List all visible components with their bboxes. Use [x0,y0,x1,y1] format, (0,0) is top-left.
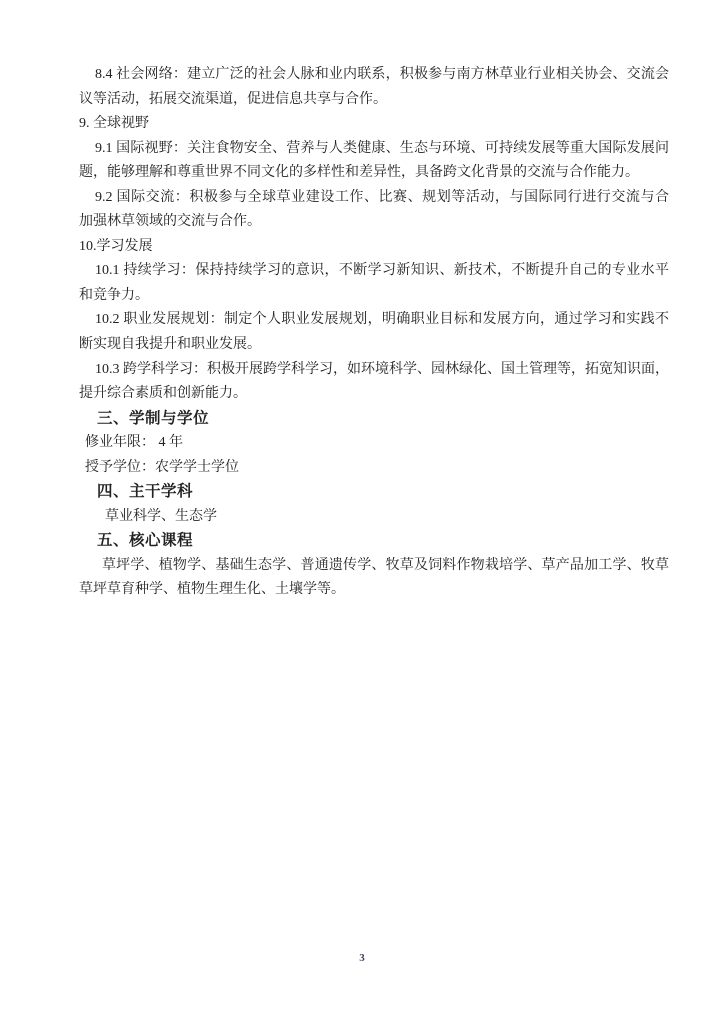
para-10-2-career-planning-line-2: 断实现自我提升和职业发展。 [79,333,669,358]
para-10-1-continuous-learning-line-1: 10.1 持续学习：保持持续学习的意识，不断学习新知识、新技术，不断提升自己的专… [79,259,669,284]
para-9-1-international-vision-line-2: 题，能够理解和尊重世界不同文化的多样性和差异性，具备跨文化背景的交流与合作能力。 [79,161,669,186]
para-9-2-international-exchange-line-2: 加强林草领域的交流与合作。 [79,210,669,235]
para-courses-list-line-2: 草坪草育种学、植物生理生化、土壤学等。 [79,578,669,603]
para-10-3-interdisciplinary-learning: 10.3 跨学科学习：积极开展跨学科学习，如环境科学、园林绿化、国土管理等，拓宽… [79,358,669,407]
para-10-3-interdisciplinary-learning-line-1: 10.3 跨学科学习：积极开展跨学科学习，如环境科学、园林绿化、国土管理等，拓宽… [79,358,669,383]
para-study-duration-line-1: 修业年限： 4 年 [79,431,669,456]
para-degree-awarded-line-1: 授予学位：农学学士学位 [79,456,669,481]
heading-3-schooling-and-degree-line-1: 三、学制与学位 [79,407,669,432]
para-9-2-international-exchange-line-1: 9.2 国际交流：积极参与全球草业建设工作、比赛、规划等活动，与国际同行进行交流… [79,186,669,211]
para-8-4-social-network: 8.4 社会网络：建立广泛的社会人脉和业内联系，积极参与南方林草业行业相关协会、… [79,63,669,112]
item-9-global-vision-line-1: 9. 全球视野 [79,112,669,137]
document-page: 8.4 社会网络：建立广泛的社会人脉和业内联系，积极参与南方林草业行业相关协会、… [0,0,724,1017]
heading-3-schooling-and-degree: 三、学制与学位 [79,407,669,432]
para-disciplines-list: 草业科学、生态学 [79,505,669,530]
heading-5-core-courses: 五、核心课程 [79,529,669,554]
para-degree-awarded: 授予学位：农学学士学位 [79,456,669,481]
para-9-2-international-exchange: 9.2 国际交流：积极参与全球草业建设工作、比赛、规划等活动，与国际同行进行交流… [79,186,669,235]
para-10-3-interdisciplinary-learning-line-2: 提升综合素质和创新能力。 [79,382,669,407]
para-8-4-social-network-line-2: 议等活动，拓展交流渠道，促进信息共享与合作。 [79,88,669,113]
heading-5-core-courses-line-1: 五、核心课程 [79,529,669,554]
item-10-learning-development-line-1: 10.学习发展 [79,235,669,260]
item-10-learning-development: 10.学习发展 [79,235,669,260]
para-disciplines-list-line-1: 草业科学、生态学 [79,505,669,530]
para-study-duration: 修业年限： 4 年 [79,431,669,456]
item-9-global-vision: 9. 全球视野 [79,112,669,137]
heading-4-main-disciplines-line-1: 四、主干学科 [79,480,669,505]
para-10-2-career-planning: 10.2 职业发展规划：制定个人职业发展规划，明确职业目标和发展方向，通过学习和… [79,308,669,357]
para-courses-list: 草坪学、植物学、基础生态学、普通遗传学、牧草及饲料作物栽培学、草产品加工学、牧草… [79,554,669,603]
para-9-1-international-vision: 9.1 国际视野：关注食物安全、营养与人类健康、生态与环境、可持续发展等重大国际… [79,137,669,186]
page-number: 3 [0,952,724,964]
para-10-1-continuous-learning: 10.1 持续学习：保持持续学习的意识，不断学习新知识、新技术，不断提升自己的专… [79,259,669,308]
heading-4-main-disciplines: 四、主干学科 [79,480,669,505]
para-courses-list-line-1: 草坪学、植物学、基础生态学、普通遗传学、牧草及饲料作物栽培学、草产品加工学、牧草… [79,554,669,579]
para-10-2-career-planning-line-1: 10.2 职业发展规划：制定个人职业发展规划，明确职业目标和发展方向，通过学习和… [79,308,669,333]
document-body-text: 8.4 社会网络：建立广泛的社会人脉和业内联系，积极参与南方林草业行业相关协会、… [79,63,669,603]
para-8-4-social-network-line-1: 8.4 社会网络：建立广泛的社会人脉和业内联系，积极参与南方林草业行业相关协会、… [79,63,669,88]
para-9-1-international-vision-line-1: 9.1 国际视野：关注食物安全、营养与人类健康、生态与环境、可持续发展等重大国际… [79,137,669,162]
para-10-1-continuous-learning-line-2: 和竞争力。 [79,284,669,309]
